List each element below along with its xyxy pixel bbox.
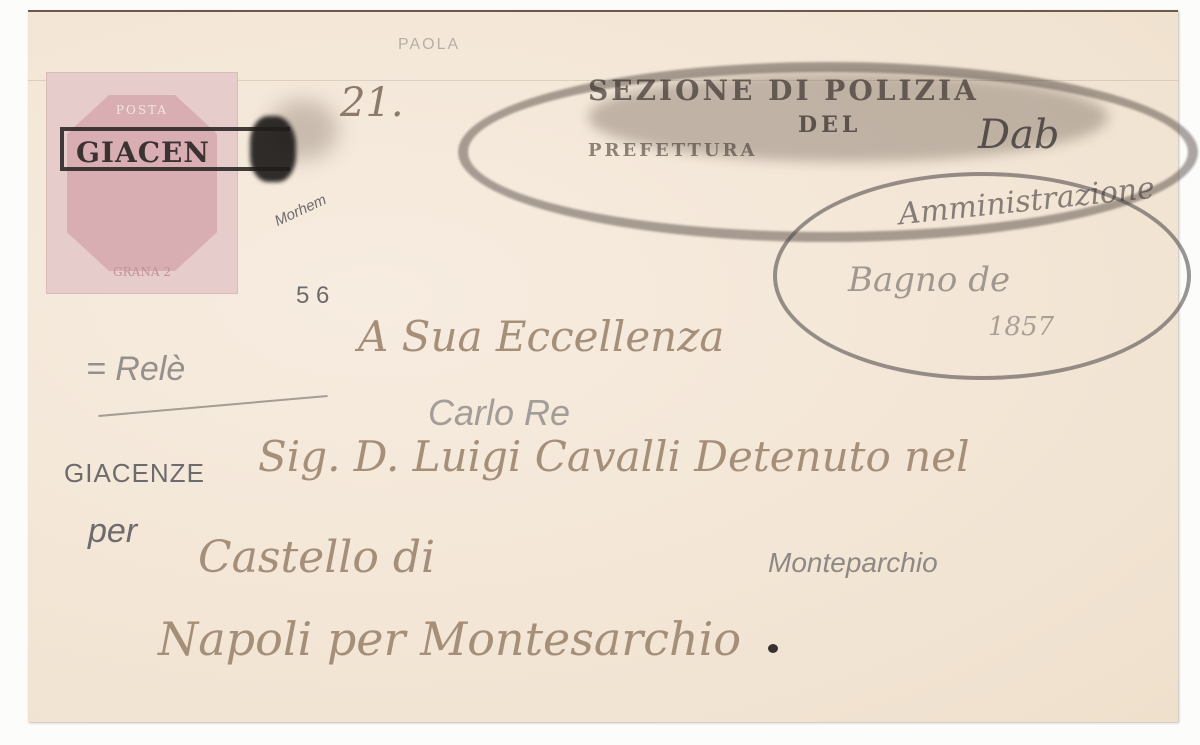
ink-number-21: 21. xyxy=(340,80,404,126)
oval-stamp-line2: DEL xyxy=(798,112,861,138)
pencil-strike-line xyxy=(98,395,327,417)
address-line-4: Napoli per Montesarchio xyxy=(158,612,741,666)
stamp-top-text: POSTA xyxy=(47,103,237,117)
ink-spot xyxy=(768,644,778,653)
stamp-value-text: GRANA 2 xyxy=(47,265,237,279)
pencil-56: 5 6 xyxy=(296,282,329,310)
pencil-per: per xyxy=(88,512,137,551)
oval-stamp-line3: PREFETTURA xyxy=(588,140,757,161)
address-line-2: Sig. D. Luigi Cavalli Detenuto nel xyxy=(258,432,970,481)
envelope: POSTA GRANA 2 GIACEN SEZIONE DI POLIZIA … xyxy=(28,10,1178,722)
pencil-paola: PAOLA xyxy=(398,36,460,54)
oval-stamp-line1: SEZIONE DI POLIZIA xyxy=(588,74,979,107)
pencil-giacenza: GIACENZE xyxy=(64,458,205,489)
round-postmark-middle: Bagno de xyxy=(848,260,1010,300)
cancel-ink-blot xyxy=(250,116,296,182)
address-line-3: Castello di xyxy=(198,532,435,583)
pencil-signature: Morhem xyxy=(272,191,329,230)
dab-marking: Dab xyxy=(978,112,1060,158)
round-postmark-date: 1857 xyxy=(988,312,1054,342)
postage-stamp: POSTA GRANA 2 xyxy=(46,72,238,294)
pencil-rele: = Relè xyxy=(86,350,185,389)
address-line-1: A Sua Eccellenza xyxy=(358,312,724,361)
stamp-octagon-frame xyxy=(67,95,217,271)
pencil-monteparchio: Monteparchio xyxy=(768,547,938,579)
pencil-carlo-re: Carlo Re xyxy=(428,392,570,434)
